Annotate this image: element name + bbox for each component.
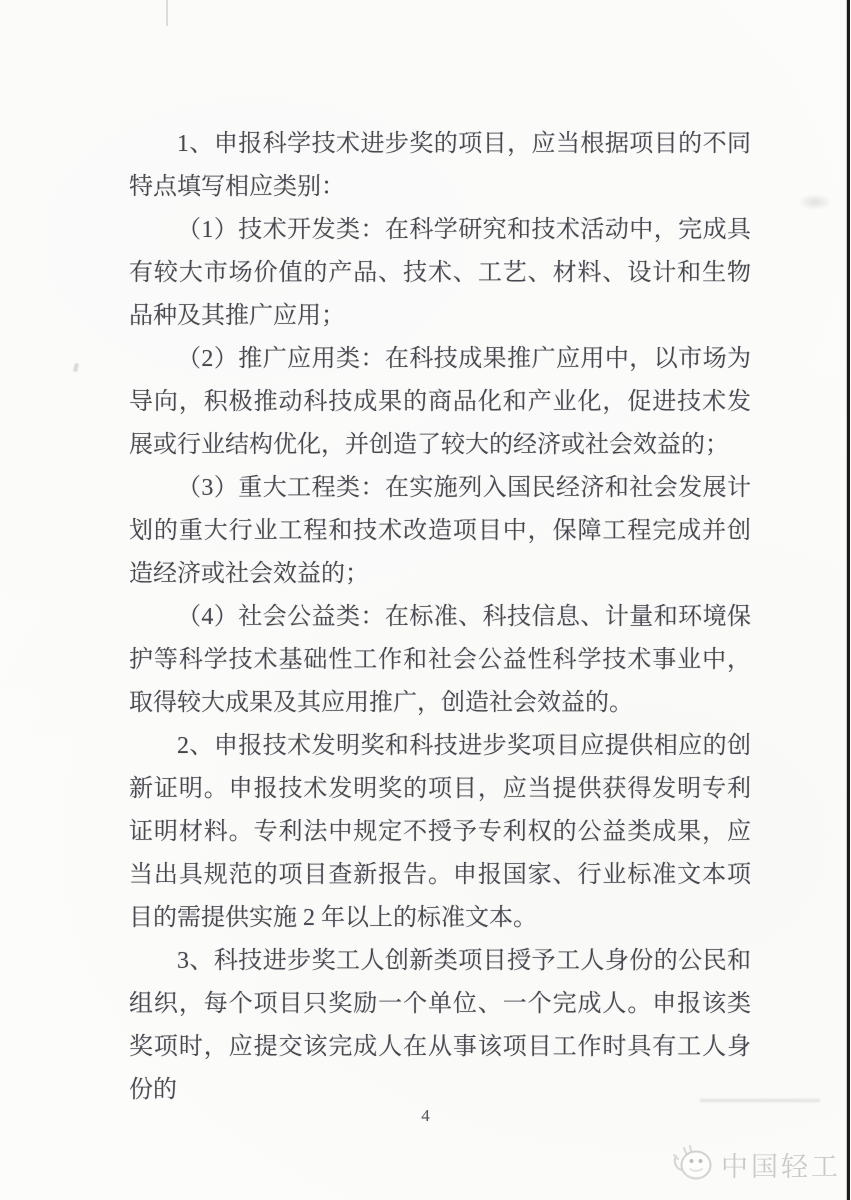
watermark: 中国轻工 (670, 1142, 841, 1186)
paragraph-5: （4）社会公益类：在标准、科技信息、计量和环境保护等科学技术基础性工作和社会公益… (129, 596, 751, 725)
paragraph-6: 2、申报技术发明奖和科技进步奖项目应提供相应的创新证明。申报技术发明奖的项目，应… (129, 725, 751, 940)
paragraph-3: （2）推广应用类：在科技成果推广应用中，以市场为导向，积极推动科技成果的商品化和… (129, 338, 751, 467)
scan-artifact-top-line (166, 0, 168, 26)
watermark-text: 中国轻工 (721, 1145, 841, 1184)
scan-artifact-speck (73, 363, 79, 373)
paragraph-4: （3）重大工程类：在实施列入国民经济和社会发展计划的重大行业工程和技术改造项目中… (129, 467, 751, 596)
paragraph-7: 3、科技进步奖工人创新类项目授予工人身份的公民和组织，每个项目只奖励一个单位、一… (129, 940, 751, 1112)
scanned-document-page: 1、申报科学技术进步奖的项目，应当根据项目的不同特点填写相应类别： （1）技术开… (0, 0, 851, 1200)
document-body: 1、申报科学技术进步奖的项目，应当根据项目的不同特点填写相应类别： （1）技术开… (129, 123, 751, 1112)
paragraph-2: （1）技术开发类：在科学研究和技术活动中，完成具有较大市场价值的产品、技术、工艺… (129, 209, 751, 338)
page-number: 4 (0, 1106, 851, 1126)
mascot-logo-icon (670, 1142, 716, 1186)
scan-edge-line (847, 0, 850, 1200)
scan-artifact-smudge (798, 194, 832, 210)
paragraph-1: 1、申报科学技术进步奖的项目，应当根据项目的不同特点填写相应类别： (129, 123, 751, 209)
